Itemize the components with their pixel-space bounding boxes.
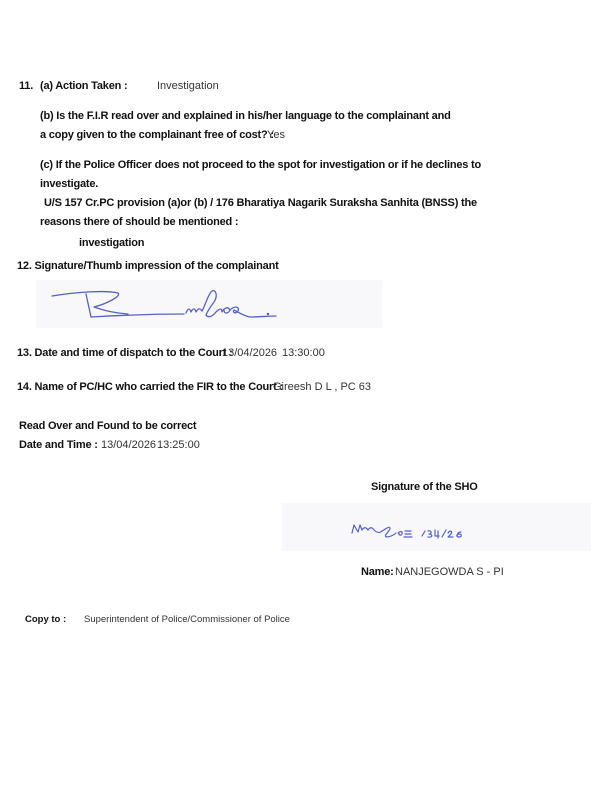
read-over-time: 13:25:00: [157, 439, 200, 451]
complainant-signature-box: [36, 280, 382, 328]
action-taken-label: (a) Action Taken :: [40, 80, 127, 92]
fir-read-over-answer: Yes: [267, 129, 285, 141]
officer-declines-line1: (c) If the Police Officer does not proce…: [40, 159, 481, 171]
complainant-signature-icon: [36, 280, 382, 328]
officer-declines-line2: investigate.: [40, 178, 98, 190]
dispatch-time: 13:30:00: [282, 347, 325, 359]
sho-signature-box: [282, 503, 591, 551]
complainant-signature-label: 12. Signature/Thumb impression of the co…: [17, 260, 279, 272]
fir-read-over-question-line1: (b) Is the F.I.R read over and explained…: [40, 110, 451, 122]
read-over-datetime-label: Date and Time :: [19, 439, 98, 451]
dispatch-to-court-label: 13. Date and time of dispatch to the Cou…: [17, 347, 233, 359]
copy-to-value: Superintendent of Police/Commissioner of…: [84, 614, 290, 625]
officer-declines-reason: investigation: [79, 237, 144, 249]
fir-read-over-question-line2: a copy given to the complainant free of …: [40, 129, 274, 141]
dispatch-date: 13/04/2026: [222, 347, 277, 359]
action-taken-value: Investigation: [157, 80, 219, 92]
sho-name-label: Name:: [361, 566, 394, 578]
read-over-title: Read Over and Found to be correct: [19, 420, 196, 432]
copy-to-label: Copy to :: [25, 614, 66, 625]
sho-signature-label: Signature of the SHO: [371, 481, 478, 493]
sho-signature-icon: [282, 503, 591, 551]
section-11-number: 11.: [19, 80, 33, 92]
officer-declines-line4: reasons there of should be mentioned :: [40, 216, 238, 228]
fir-carrier-label: 14. Name of PC/HC who carried the FIR to…: [17, 381, 283, 393]
sho-name-value: NANJEGOWDA S - PI: [395, 566, 504, 578]
fir-carrier-value: Gireesh D L , PC 63: [273, 381, 371, 393]
read-over-date: 13/04/2026: [101, 439, 156, 451]
officer-declines-line3: U/S 157 Cr.PC provision (a)or (b) / 176 …: [44, 197, 477, 209]
